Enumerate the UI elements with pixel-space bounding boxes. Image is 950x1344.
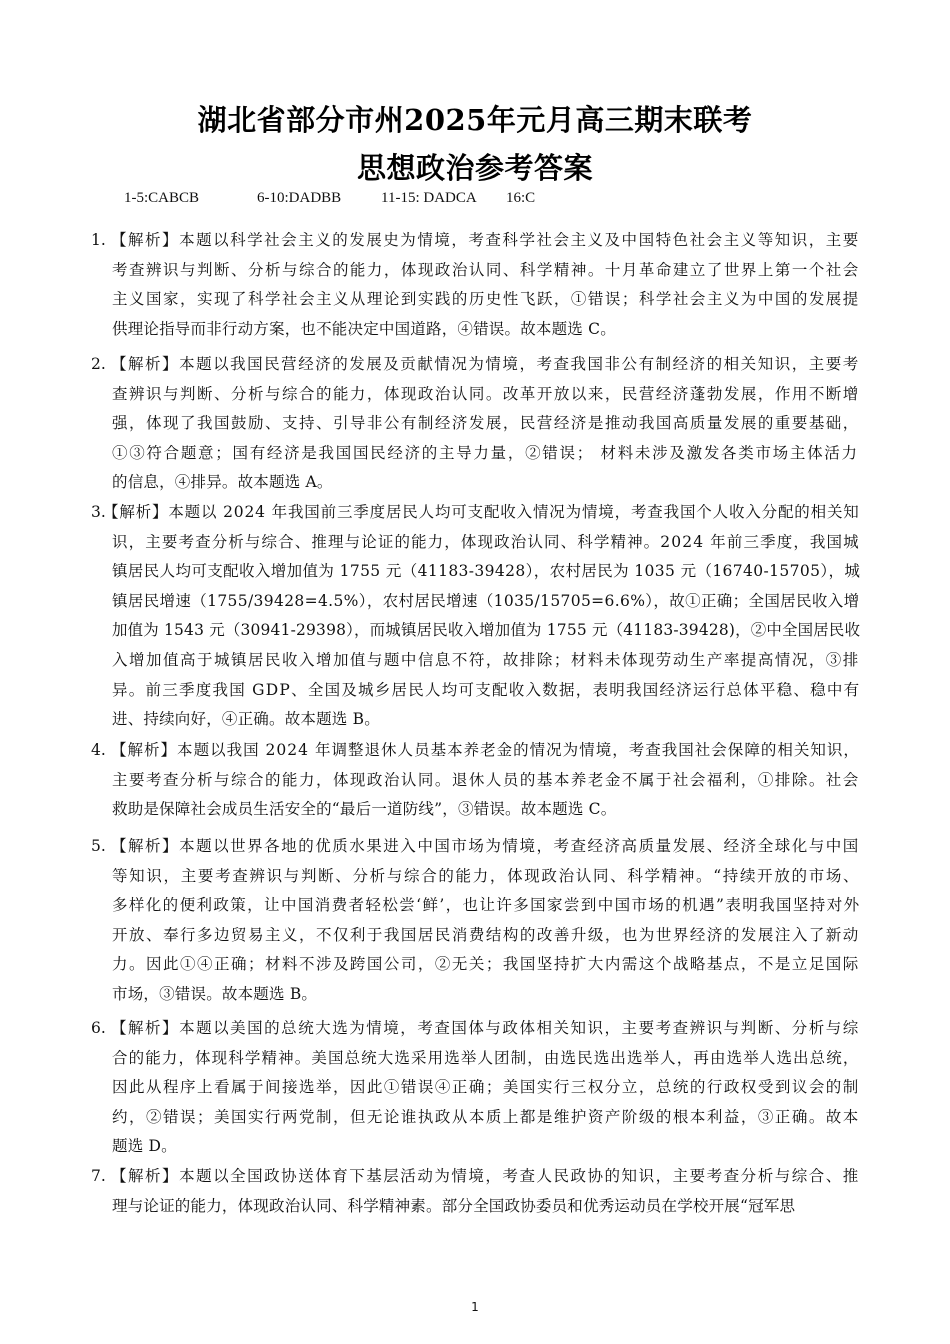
explanation-line: 供理论指导而非行动方案，也不能决定中国道路，④错误。故本题选 C。 xyxy=(112,319,616,339)
question-number: 7. xyxy=(91,1166,106,1186)
question-number: 2. xyxy=(91,354,106,374)
explanation-line: 考查辨识与判断、分析与综合的能力，体现政治认同、科学精神。十月革命建立了世界上第… xyxy=(112,260,860,280)
answer-key: 1-5:CABCB 6-10:DADBB 11-15: DADCA 16:C xyxy=(124,190,535,207)
explanation-line: 【解析】本题以我国民营经济的发展及贡献情况为情境，考查我国非公有制经济的相关知识… xyxy=(111,354,860,374)
explanation-line: 【解析】本题以美国的总统大选为情境，考查国体与政体相关知识，主要考查辨识与判断、… xyxy=(111,1018,860,1038)
explanation-line: 强，体现了我国鼓励、支持、引导非公有制经济发展，民营经济是推动我国高质量发展的重… xyxy=(112,413,860,433)
explanation-line: 查辨识与判断、分析与综合的能力，体现政治认同。改革开放以来，民营经济蓬勃发展，作… xyxy=(112,384,860,404)
explanation-line: 救助是保障社会成员生活安全的“最后一道防线”，③错误。故本题选 C。 xyxy=(112,799,616,819)
explanation-line: 约，②错误；美国实行两党制，但无论谁执政从本质上都是维护资产阶级的根本利益，③正… xyxy=(112,1107,860,1127)
explanation-line: 入增加值高于城镇居民收入增加值与题中信息不符，故排除；材料未体现劳动生产率提高情… xyxy=(112,650,860,670)
explanation-line: 进、持续向好，④正确。故本题选 B。 xyxy=(112,709,380,729)
question-number: 5. xyxy=(91,836,106,856)
document-subtitle: 思想政治参考答案 xyxy=(0,146,950,187)
explanation-line: 加值为 1543 元（30941-29398），而城镇居民收入增加值为 1755… xyxy=(112,620,860,640)
explanation-line: 理与论证的能力，体现政治认同、科学精神素。部分全国政协委员和优秀运动员在学校开展… xyxy=(112,1196,795,1216)
question-number: 4. xyxy=(91,740,106,760)
question-number: 1. xyxy=(91,230,106,250)
explanation-line: 镇居民人均可支配收入增加值为 1755 元（41183-39428），农村居民为… xyxy=(112,561,860,581)
explanation-line: 【解析】本题以科学社会主义的发展史为情境，考查科学社会主义及中国特色社会主义等知… xyxy=(111,230,860,250)
answer-key-16: 16:C xyxy=(506,190,535,207)
explanation-line: 镇居民增速（1755/39428=4.5%），农村居民增速（1035/15705… xyxy=(112,591,860,611)
explanation-line: 【解析】本题以 2024 年我国前三季度居民人均可支配收入情况为情境，考查我国个… xyxy=(103,502,860,522)
explanation-line: 多样化的便利政策，让中国消费者轻松尝‘鲜’，也让许多国家尝到中国市场的机遇”表明… xyxy=(112,895,860,915)
explanation-line: 因此从程序上看属于间接选举，因此①错误④正确；美国实行三权分立，总统的行政权受到… xyxy=(112,1077,860,1097)
explanation-line: 主义国家，实现了科学社会主义从理论到实践的历史性飞跃，①错误；科学社会主义为中国… xyxy=(112,289,860,309)
explanation-line: 异。前三季度我国 GDP、全国及城乡居民人均可支配收入数据，表明我国经济运行总体… xyxy=(112,680,860,700)
explanation-line: 的信息，④排异。故本题选 A。 xyxy=(112,472,333,492)
answer-key-11-15: 11-15: DADCA xyxy=(381,190,506,207)
question-number: 6. xyxy=(91,1018,106,1038)
explanation-line: 题选 D。 xyxy=(112,1136,177,1156)
explanation-line: 【解析】本题以我国 2024 年调整退休人员基本养老金的情况为情境，考查我国社会… xyxy=(111,740,860,760)
document-title: 湖北省部分市州2025年元月高三期末联考 xyxy=(0,98,950,139)
explanation-line: 主要考查分析与综合的能力，体现政治认同。退休人员的基本养老金不属于社会福利，①排… xyxy=(112,770,860,790)
explanation-line: 开放、奉行多边贸易主义，不仅利于我国居民消费结构的改善升级，也为世界经济的发展注… xyxy=(112,925,860,945)
explanation-line: ①③符合题意；国有经济是我国国民经济的主导力量，②错误； 材料未涉及激发各类市场… xyxy=(112,443,859,463)
explanation-line: 合的能力，体现科学精神。美国总统大选采用选举人团制，由选民选出选举人，再由选举人… xyxy=(112,1048,860,1068)
answer-key-1-5: 1-5:CABCB xyxy=(124,190,257,207)
explanation-line: 等知识，主要考查辨识与判断、分析与综合的能力，体现政治认同、科学精神。“持续开放… xyxy=(112,866,860,886)
explanation-line: 【解析】本题以全国政协送体育下基层活动为情境，考查人民政协的知识，主要考查分析与… xyxy=(111,1166,860,1186)
explanation-line: 识，主要考查分析与综合、推理与论证的能力，体现政治认同、科学精神。2024 年前… xyxy=(112,532,860,552)
explanation-line: 【解析】本题以世界各地的优质水果进入中国市场为情境，考查经济高质量发展、经济全球… xyxy=(111,836,860,856)
answer-key-6-10: 6-10:DADBB xyxy=(257,190,381,207)
page-number: 1 xyxy=(0,1300,950,1314)
explanation-line: 市场，③错误。故本题选 B。 xyxy=(112,984,317,1004)
explanation-line: 力。因此①④正确；材料不涉及跨国公司，②无关；我国坚持扩大内需这个战略基点，不是… xyxy=(112,954,860,974)
